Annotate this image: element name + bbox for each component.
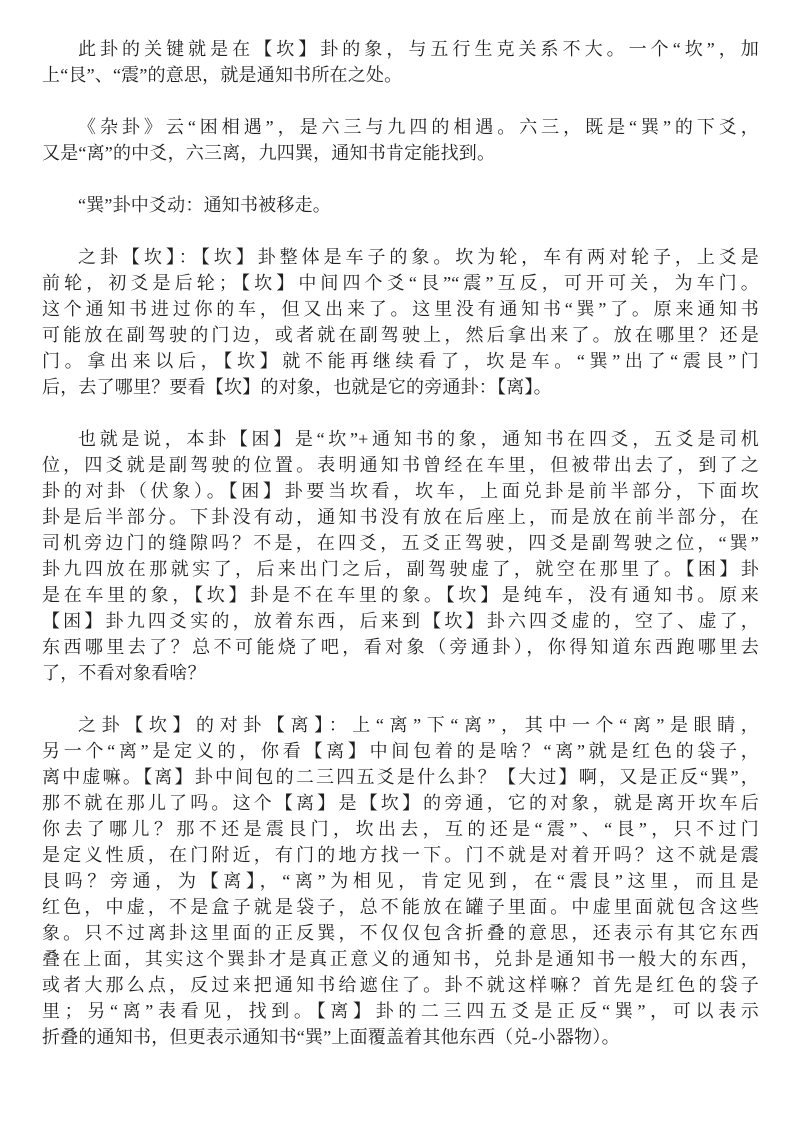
text-line: 另一个“离”是定义的，你看【离】中间包着的是啥？“离”就是红色的袋子，: [42, 738, 759, 764]
text-line: 卦的对卦（伏象）。【困】卦要当坎看，坎车，上面兑卦是前半部分，下面坎: [42, 478, 759, 504]
text-line: 位，四爻就是副驾驶的位置。表明通知书曾经在车里，但被带出去了，到了之: [42, 452, 759, 478]
text-line: 也就是说，本卦【困】是“坎”+通知书的象，通知书在四爻，五爻是司机: [42, 426, 759, 452]
text-line: 艮吗？旁通，为【离】，“离”为相见，肯定见到，在“震艮”这里，而且是: [42, 868, 759, 894]
text-line: 之卦【坎】的对卦【离】：上“离”下“离”，其中一个“离”是眼睛，: [42, 712, 759, 738]
text-line: 司机旁边门的缝隙吗？不是，在四爻，五爻正驾驶，四爻是副驾驶之位，“巽”: [42, 530, 759, 556]
text-line: 红色，中虚，不是盒子就是袋子，总不能放在罐子里面。中虚里面就包含这些: [42, 894, 759, 920]
text-line: “巽”卦中爻动：通知书被移走。: [42, 192, 759, 218]
text-line: 是定义性质，在门附近，有门的地方找一下。门不就是对着开吗？这不就是震: [42, 842, 759, 868]
text-line: 东西哪里去了？总不可能烧了吧，看对象（旁通卦），你得知道东西跑哪里去: [42, 634, 759, 660]
text-line: 之卦【坎】：【坎】卦整体是车子的象。坎为轮，车有两对轮子，上爻是: [42, 244, 759, 270]
text-line: 了，不看对象看啥？: [42, 660, 759, 686]
text-line: 门。拿出来以后，【坎】就不能再继续看了，坎是车。“巽”出了“震艮”门: [42, 348, 759, 374]
text-line: 或者大那么点，反过来把通知书给遮住了。卦不就这样嘛？首先是红色的袋子: [42, 972, 759, 998]
text-line: 此卦的关键就是在【坎】卦的象，与五行生克关系不大。一个“坎”，加: [42, 36, 759, 62]
document-page: 此卦的关键就是在【坎】卦的象，与五行生克关系不大。一个“坎”，加 上“艮”、“震…: [0, 0, 801, 1142]
text-line: 卦是后半部分。下卦没有动，通知书没有放在后座上，而是放在前半部分，在: [42, 504, 759, 530]
paragraph-2: 《杂卦》云“困相遇”，是六三与九四的相遇。六三，既是“巽”的下爻， 又是“离”的…: [42, 114, 759, 166]
text-line: 这个通知书进过你的车，但又出来了。这里没有通知书“巽”了。原来通知书: [42, 296, 759, 322]
text-line: 是在车里的象，【坎】卦是不在车里的象。【坎】是纯车，没有通知书。原来: [42, 582, 759, 608]
text-line: 折叠的通知书，但更表示通知书“巽”上面覆盖着其他东西（兑-小器物）。: [42, 1024, 759, 1050]
text-line: 可能放在副驾驶的门边，或者就在副驾驶上，然后拿出来了。放在哪里？还是: [42, 322, 759, 348]
text-line: 又是“离”的中爻，六三离，九四巽，通知书肯定能找到。: [42, 140, 759, 166]
paragraph-1: 此卦的关键就是在【坎】卦的象，与五行生克关系不大。一个“坎”，加 上“艮”、“震…: [42, 36, 759, 88]
paragraph-3: “巽”卦中爻动：通知书被移走。: [42, 192, 759, 218]
paragraph-6: 之卦【坎】的对卦【离】：上“离”下“离”，其中一个“离”是眼睛， 另一个“离”是…: [42, 712, 759, 1050]
text-line: 卦九四放在那就实了，后来出门之后，副驾驶虚了，就空在那里了。【困】卦: [42, 556, 759, 582]
paragraph-4: 之卦【坎】：【坎】卦整体是车子的象。坎为轮，车有两对轮子，上爻是 前轮，初爻是后…: [42, 244, 759, 400]
text-line: 叠在上面，其实这个巽卦才是真正意义的通知书，兑卦是通知书一般大的东西，: [42, 946, 759, 972]
text-line: 前轮，初爻是后轮；【坎】中间四个爻“艮”“震”互反，可开可关，为车门。: [42, 270, 759, 296]
text-line: 离中虚嘛。【离】卦中间包的二三四五爻是什么卦？【大过】啊，又是正反“巽”，: [42, 764, 759, 790]
text-line: 里；另“离”表看见，找到。【离】卦的二三四五爻是正反“巽”，可以表示: [42, 998, 759, 1024]
text-line: 上“艮”、“震”的意思，就是通知书所在之处。: [42, 62, 759, 88]
text-line: 你去了哪儿？那不还是震艮门，坎出去，互的还是“震”、“艮”，只不过门: [42, 816, 759, 842]
text-line: 象。只不过离卦这里面的正反巽，不仅仅包含折叠的意思，还表示有其它东西: [42, 920, 759, 946]
text-line: 那不就在那儿了吗。这个【离】是【坎】的旁通，它的对象，就是离开坎车后: [42, 790, 759, 816]
text-line: 《杂卦》云“困相遇”，是六三与九四的相遇。六三，既是“巽”的下爻，: [42, 114, 759, 140]
text-line: 【困】卦九四爻实的，放着东西，后来到【坎】卦六四爻虚的，空了、虚了，: [42, 608, 759, 634]
text-line: 后，去了哪里？要看【坎】的对象，也就是它的旁通卦：【离】。: [42, 374, 759, 400]
paragraph-5: 也就是说，本卦【困】是“坎”+通知书的象，通知书在四爻，五爻是司机 位，四爻就是…: [42, 426, 759, 686]
